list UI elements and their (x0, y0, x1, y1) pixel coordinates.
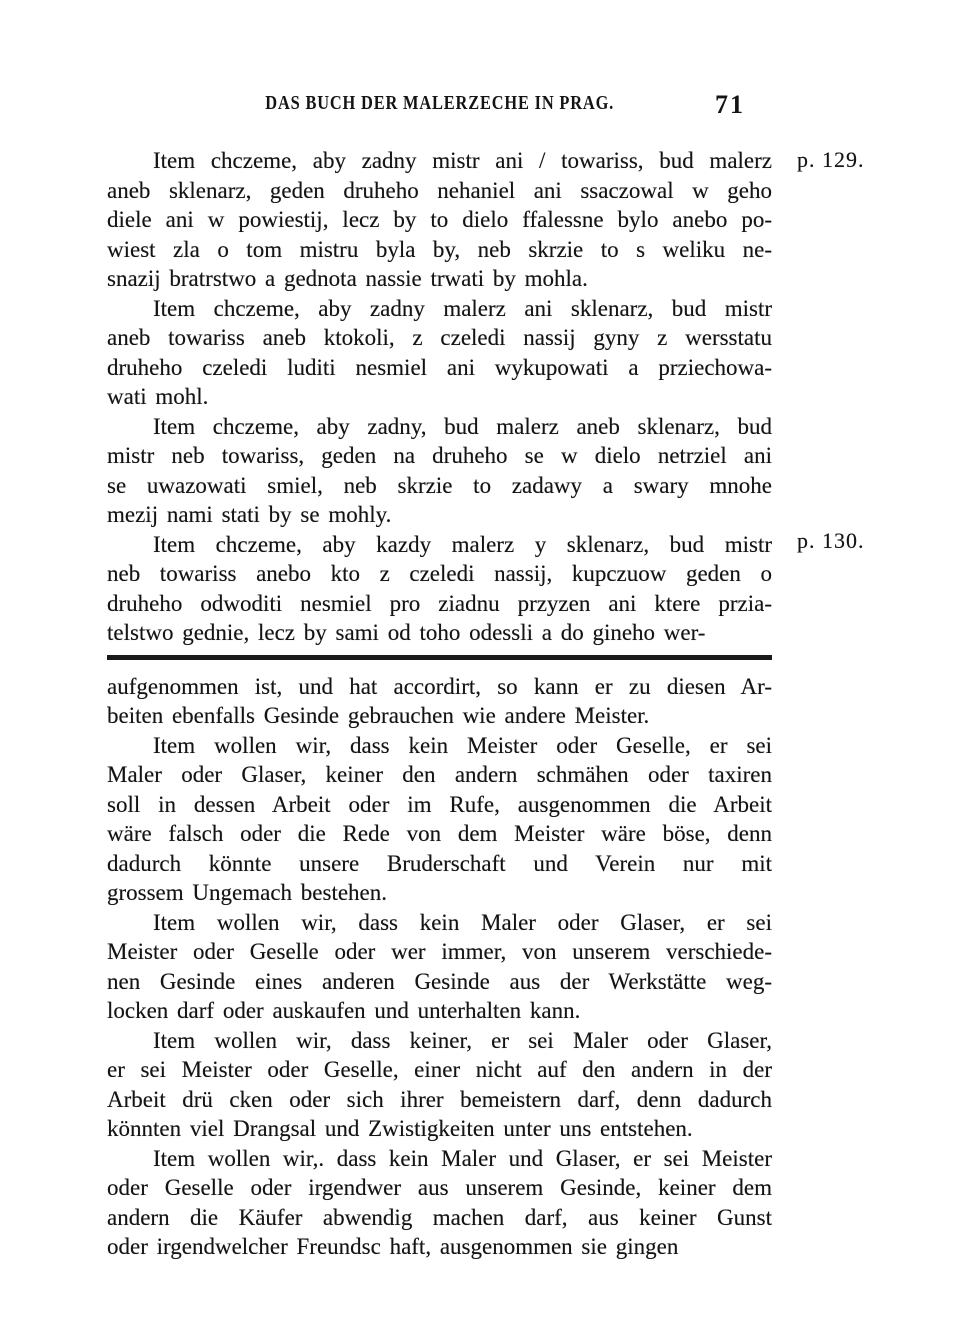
text-line: neb towariss anebo kto z czeledi nassij,… (107, 559, 772, 589)
text-line: druheho odwoditi nesmiel pro ziadnu przy… (107, 589, 772, 619)
running-header-title: DAS BUCH DER MALERZECHE IN PRAG. (107, 92, 772, 115)
section-divider-rule (107, 655, 772, 660)
text-line: beiten ebenfalls Gesinde gebrauchen wie … (107, 701, 772, 731)
german-section: aufgenommen ist, und hat accordirt, so k… (107, 672, 772, 1262)
text-line: aneb towariss aneb ktokoli, z czeledi na… (107, 323, 772, 353)
text-line: Item wollen wir,. dass kein Maler und Gl… (107, 1144, 772, 1174)
text-line: nen Gesinde eines anderen Gesinde aus de… (107, 967, 772, 997)
text-line: Item chczeme, aby zadny malerz ani sklen… (107, 294, 772, 324)
running-header-title-text: DAS BUCH DER MALERZECHE IN PRAG. (265, 92, 614, 115)
text-line: Meister oder Geselle oder wer immer, von… (107, 937, 772, 967)
text-line: snazij bratrstwo a gednota nassie trwati… (107, 264, 772, 294)
text-line: druheho czeledi luditi nesmiel ani wykup… (107, 353, 772, 383)
text-line: se uwazowati smiel, neb skrzie to zadawy… (107, 471, 772, 501)
paragraph: Item wollen wir, dass keiner, er sei Mal… (107, 1026, 772, 1144)
paragraph: Item chczeme, aby zadny mistr ani / towa… (107, 146, 772, 294)
text-line: oder Geselle oder irgendwer aus unserem … (107, 1173, 772, 1203)
text-block: Item chczeme, aby zadny mistr ani / towa… (107, 146, 772, 1262)
paragraph: Item wollen wir,. dass kein Maler und Gl… (107, 1144, 772, 1262)
margin-note-p129: p. 129. (797, 147, 865, 173)
text-line: aneb sklenarz, geden druheho nehaniel an… (107, 176, 772, 206)
paragraph: Item wollen wir, dass kein Maler oder Gl… (107, 908, 772, 1026)
text-line: telstwo gednie, lecz by sami od toho ode… (107, 618, 772, 648)
paragraph: Item chczeme, aby zadny, bud malerz aneb… (107, 412, 772, 530)
text-line: wati mohl. (107, 382, 772, 412)
text-line: Item wollen wir, dass kein Meister oder … (107, 731, 772, 761)
text-line: könnten viel Drangsal und Zwistigkeiten … (107, 1114, 772, 1144)
text-line: aufgenommen ist, und hat accordirt, so k… (107, 672, 772, 702)
paragraph: aufgenommen ist, und hat accordirt, so k… (107, 672, 772, 731)
text-line: wäre falsch oder die Rede von dem Meiste… (107, 819, 772, 849)
text-line: Item chczeme, aby zadny, bud malerz aneb… (107, 412, 772, 442)
paragraph: Item chczeme, aby zadny malerz ani sklen… (107, 294, 772, 412)
text-line: Arbeit drü cken oder sich ihrer bemeiste… (107, 1085, 772, 1115)
book-page: DAS BUCH DER MALERZECHE IN PRAG. 71 p. 1… (0, 0, 960, 1344)
text-line: Item chczeme, aby zadny mistr ani / towa… (107, 146, 772, 176)
text-line: locken darf oder auskaufen und unterhalt… (107, 996, 772, 1026)
margin-note-p130: p. 130. (797, 528, 865, 554)
text-line: oder irgendwelcher Freundsc haft, ausgen… (107, 1232, 772, 1262)
text-line: wiest zla o tom mistru byla by, neb skrz… (107, 235, 772, 265)
text-line: soll in dessen Arbeit oder im Rufe, ausg… (107, 790, 772, 820)
text-line: grossem Ungemach bestehen. (107, 878, 772, 908)
text-line: dadurch könnte unsere Bruderschaft und V… (107, 849, 772, 879)
czech-section: Item chczeme, aby zadny mistr ani / towa… (107, 146, 772, 648)
text-line: Item chczeme, aby kazdy malerz y sklenar… (107, 530, 772, 560)
text-line: andern die Käufer abwendig machen darf, … (107, 1203, 772, 1233)
paragraph: Item wollen wir, dass kein Meister oder … (107, 731, 772, 908)
text-line: Maler oder Glaser, keiner den andern sch… (107, 760, 772, 790)
text-line: mistr neb towariss, geden na druheho se … (107, 441, 772, 471)
text-line: Item wollen wir, dass keiner, er sei Mal… (107, 1026, 772, 1056)
text-line: mezij nami stati by se mohly. (107, 500, 772, 530)
text-line: Item wollen wir, dass kein Maler oder Gl… (107, 908, 772, 938)
text-line: er sei Meister oder Geselle, einer nicht… (107, 1055, 772, 1085)
text-line: diele ani w powiestij, lecz by to dielo … (107, 205, 772, 235)
page-number: 71 (706, 90, 754, 120)
paragraph: Item chczeme, aby kazdy malerz y sklenar… (107, 530, 772, 648)
